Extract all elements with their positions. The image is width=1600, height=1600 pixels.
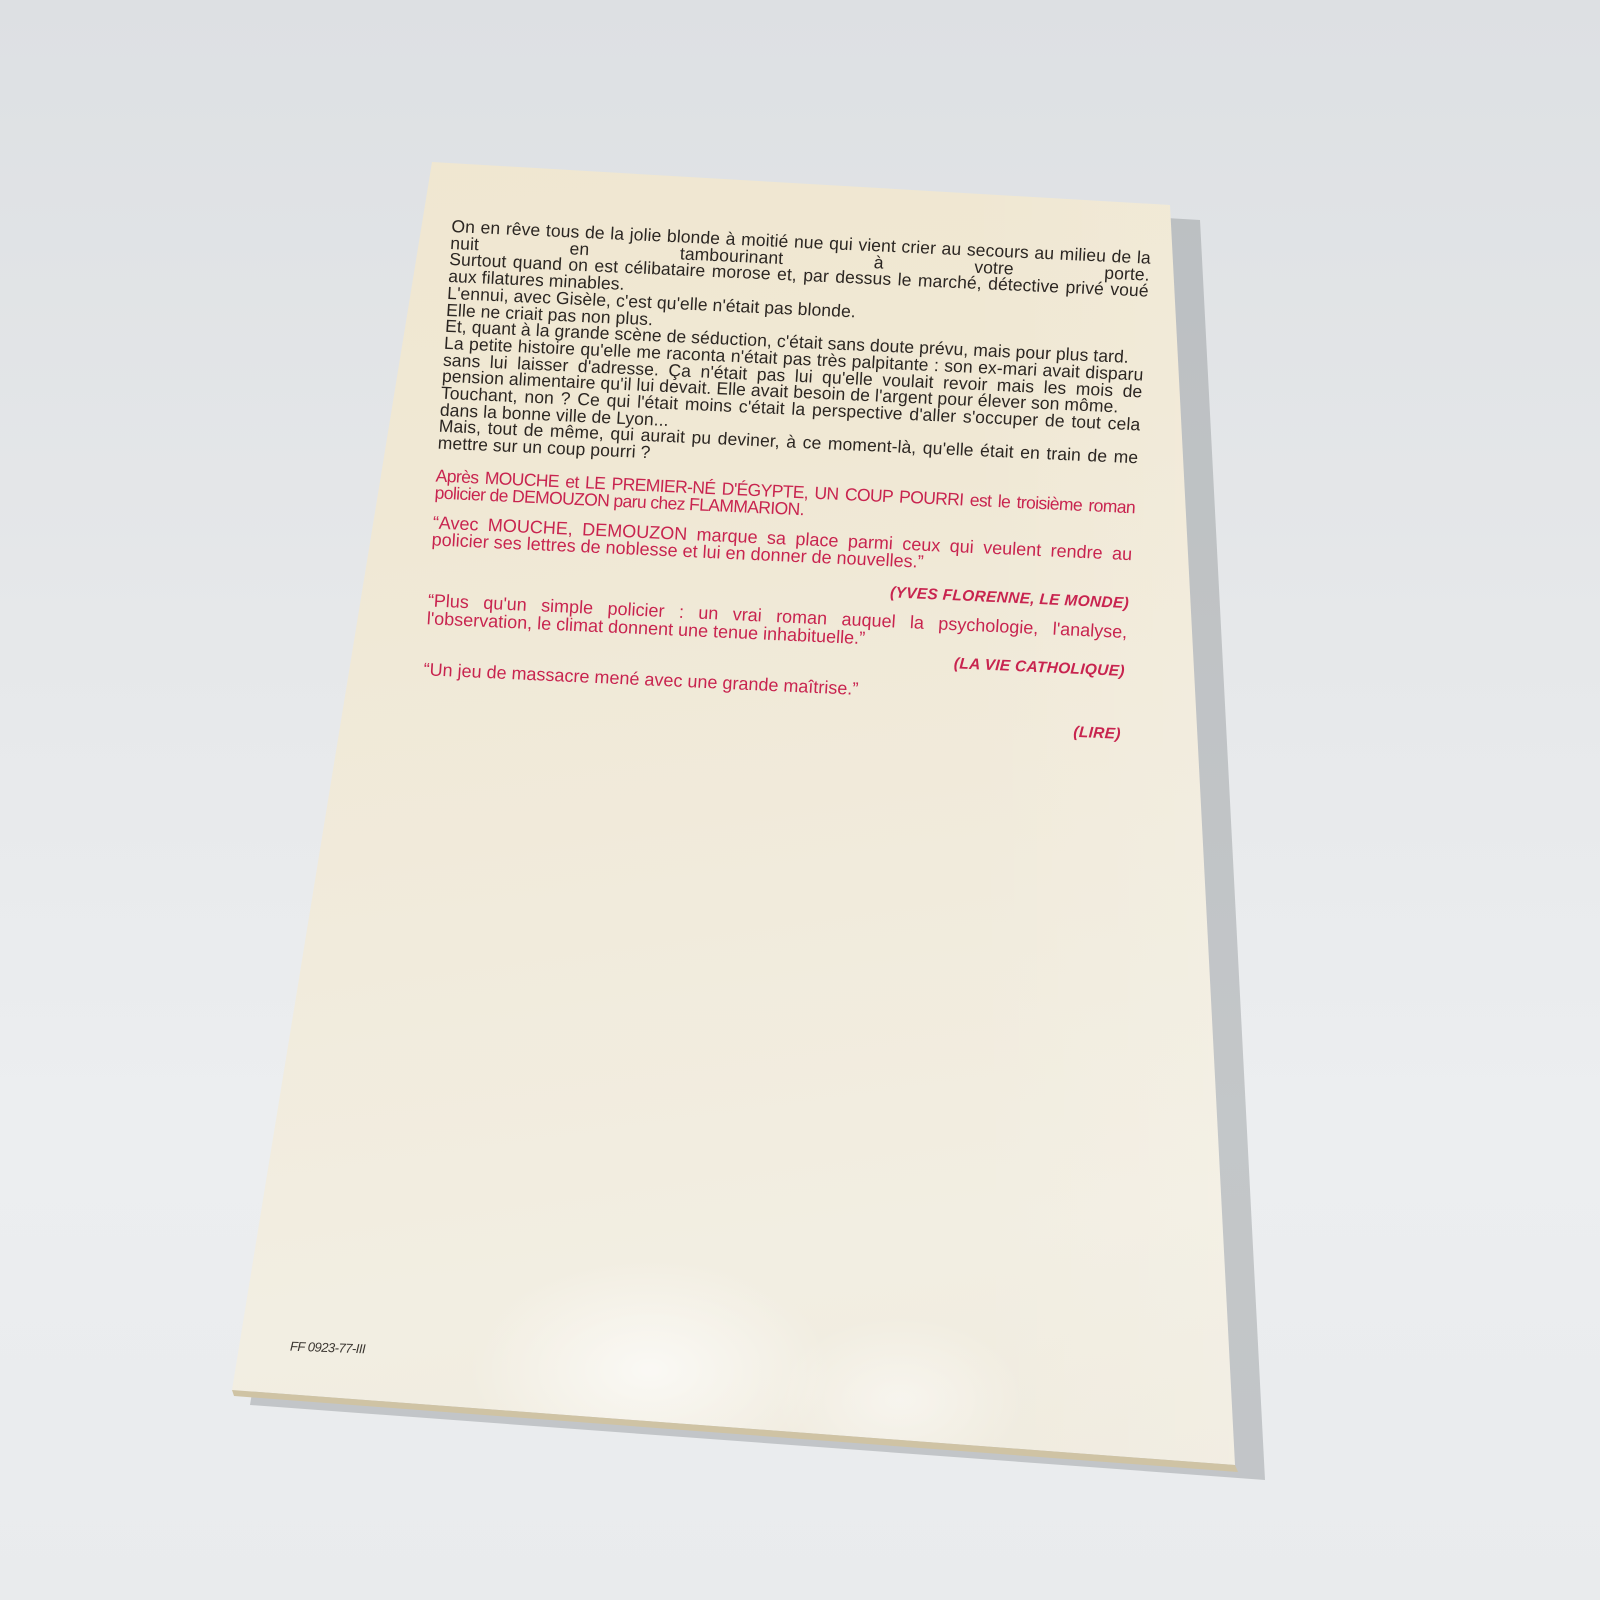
- catalog-code: FF 0923-77-III: [290, 1339, 366, 1357]
- synopsis: On en rêve tous de la jolie blonde à moi…: [437, 218, 1151, 483]
- cover-text-block: On en rêve tous de la jolie blonde à moi…: [421, 218, 1151, 744]
